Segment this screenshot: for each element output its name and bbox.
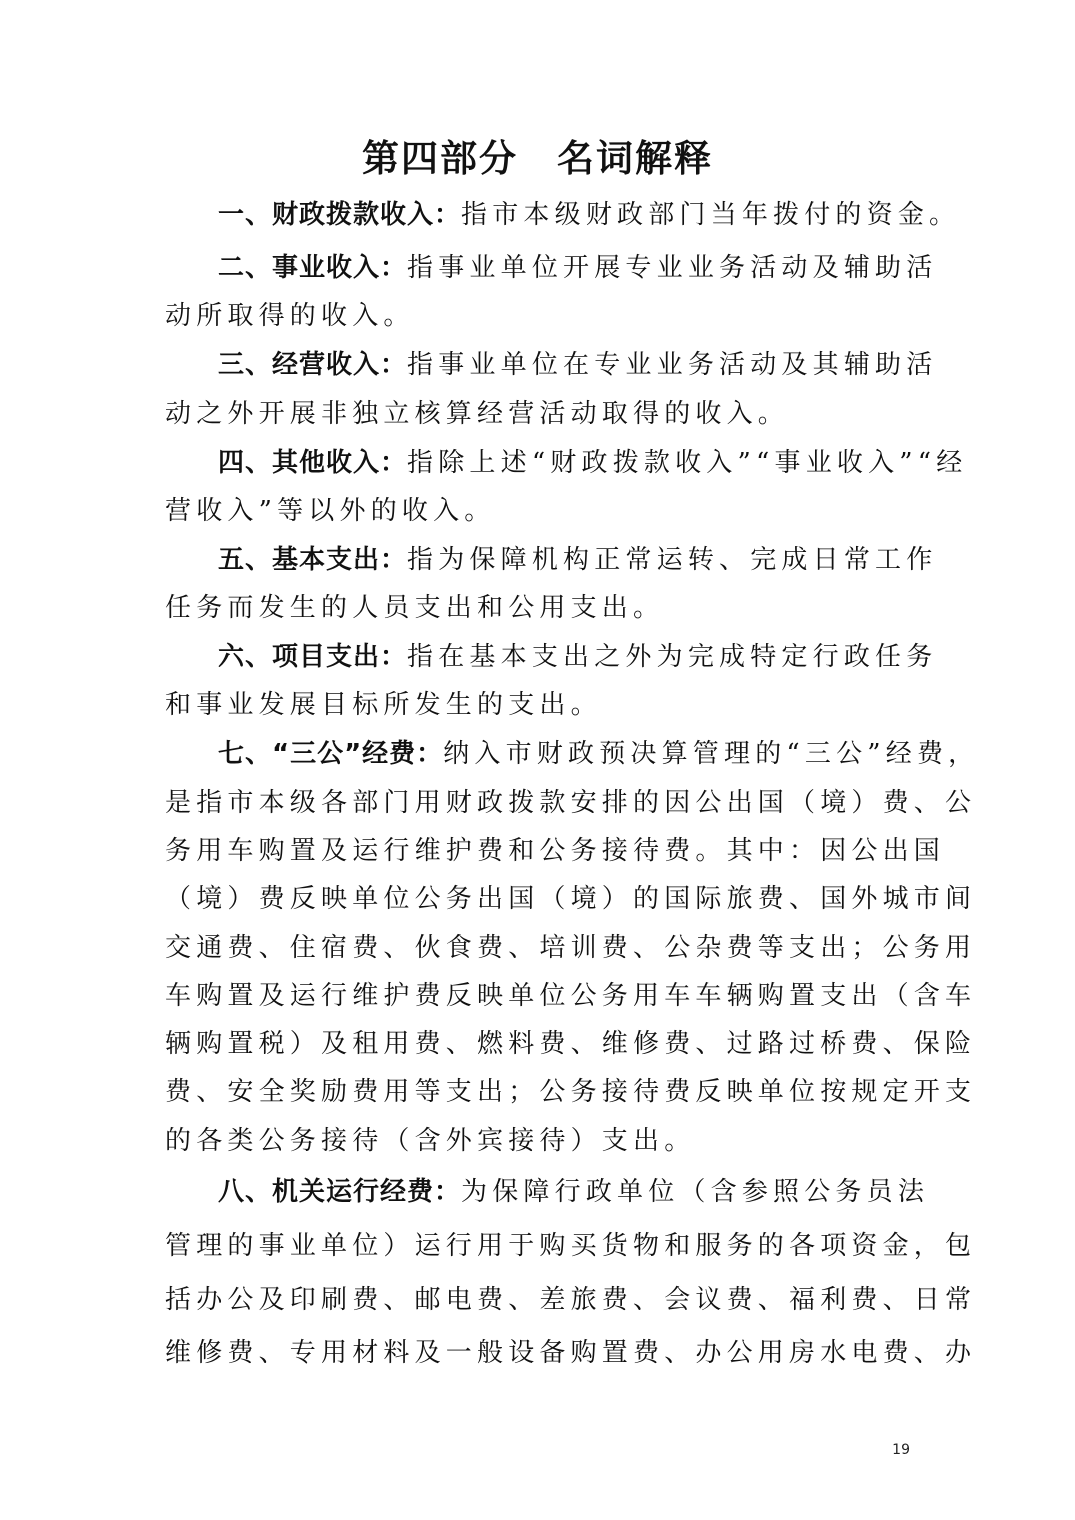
term-label: 一、财政拨款收入： xyxy=(218,200,461,230)
definition-operating-income: 三、经营收入：指事业单位在专业业务活动及其辅助活 xyxy=(218,345,913,385)
term-label: 四、其他收入： xyxy=(218,448,407,478)
term-label: 七、“三公”经费： xyxy=(218,739,443,769)
definition-project-expenditure: 六、项目支出：指在基本支出之外为完成特定行政任务 xyxy=(218,637,913,677)
page-number: 19 xyxy=(880,1442,910,1458)
page-title: 第四部分 名词解释 xyxy=(0,134,1075,184)
definition-continuation: 费、安全奖励费用等支出；公务接待费反映单位按规定开支 xyxy=(165,1072,913,1112)
definition-three-public-expenses: 七、“三公”经费：纳入市财政预决算管理的“三公”经费， xyxy=(218,734,913,774)
term-label: 五、基本支出： xyxy=(218,545,407,575)
definition-basic-expenditure: 五、基本支出：指为保障机构正常运转、完成日常工作 xyxy=(218,540,913,580)
definition-continuation: 管理的事业单位）运行用于购买货物和服务的各项资金，包 xyxy=(165,1226,913,1266)
definition-business-income: 二、事业收入：指事业单位开展专业业务活动及辅助活 xyxy=(218,248,913,288)
definition-agency-operating-expenses: 八、机关运行经费：为保障行政单位（含参照公务员法 xyxy=(218,1172,913,1212)
definition-continuation: 车购置及运行维护费反映单位公务用车车辆购置支出（含车 xyxy=(165,976,913,1016)
definition-continuation: 动所取得的收入。 xyxy=(165,296,913,336)
definition-continuation: 辆购置税）及租用费、燃料费、维修费、过路过桥费、保险 xyxy=(165,1024,913,1064)
definition-text: 指市本级财政部门当年拨付的资金。 xyxy=(461,200,960,230)
definition-text: 指为保障机构正常运转、完成日常工作 xyxy=(407,545,937,575)
definition-continuation: 营收入”等以外的收入。 xyxy=(165,491,913,531)
definition-other-income: 四、其他收入：指除上述“财政拨款收入”“事业收入”“经 xyxy=(218,443,913,483)
term-label: 三、经营收入： xyxy=(218,350,407,380)
definition-continuation: 务用车购置及运行维护费和公务接待费。其中：因公出国 xyxy=(165,831,913,871)
definition-text: 指事业单位开展专业业务活动及辅助活 xyxy=(407,253,937,283)
definition-continuation: （境）费反映单位公务出国（境）的国际旅费、国外城市间 xyxy=(165,879,913,919)
definition-text: 纳入市财政预决算管理的“三公”经费， xyxy=(443,739,979,769)
definition-financial-appropriation-income: 一、财政拨款收入：指市本级财政部门当年拨付的资金。 xyxy=(218,195,913,235)
definition-text: 指除上述“财政拨款收入”“事业收入”“经 xyxy=(407,448,967,478)
definition-continuation: 任务而发生的人员支出和公用支出。 xyxy=(165,588,913,628)
term-label: 二、事业收入： xyxy=(218,253,407,283)
definition-continuation: 维修费、专用材料及一般设备购置费、办公用房水电费、办 xyxy=(165,1333,913,1373)
definition-text: 指事业单位在专业业务活动及其辅助活 xyxy=(407,350,937,380)
definition-continuation: 的各类公务接待（含外宾接待）支出。 xyxy=(165,1121,913,1161)
definition-text: 为保障行政单位（含参照公务员法 xyxy=(461,1177,929,1207)
term-label: 六、项目支出： xyxy=(218,642,407,672)
definition-continuation: 括办公及印刷费、邮电费、差旅费、会议费、福利费、日常 xyxy=(165,1280,913,1320)
definition-continuation: 交通费、住宿费、伙食费、培训费、公杂费等支出；公务用 xyxy=(165,928,913,968)
definition-continuation: 动之外开展非独立核算经营活动取得的收入。 xyxy=(165,394,913,434)
definition-text: 指在基本支出之外为完成特定行政任务 xyxy=(407,642,937,672)
definition-continuation: 是指市本级各部门用财政拨款安排的因公出国（境）费、公 xyxy=(165,783,913,823)
term-label: 八、机关运行经费： xyxy=(218,1177,461,1207)
definition-continuation: 和事业发展目标所发生的支出。 xyxy=(165,685,913,725)
document-page: 第四部分 名词解释 一、财政拨款收入：指市本级财政部门当年拨付的资金。 二、事业… xyxy=(0,0,1075,1520)
